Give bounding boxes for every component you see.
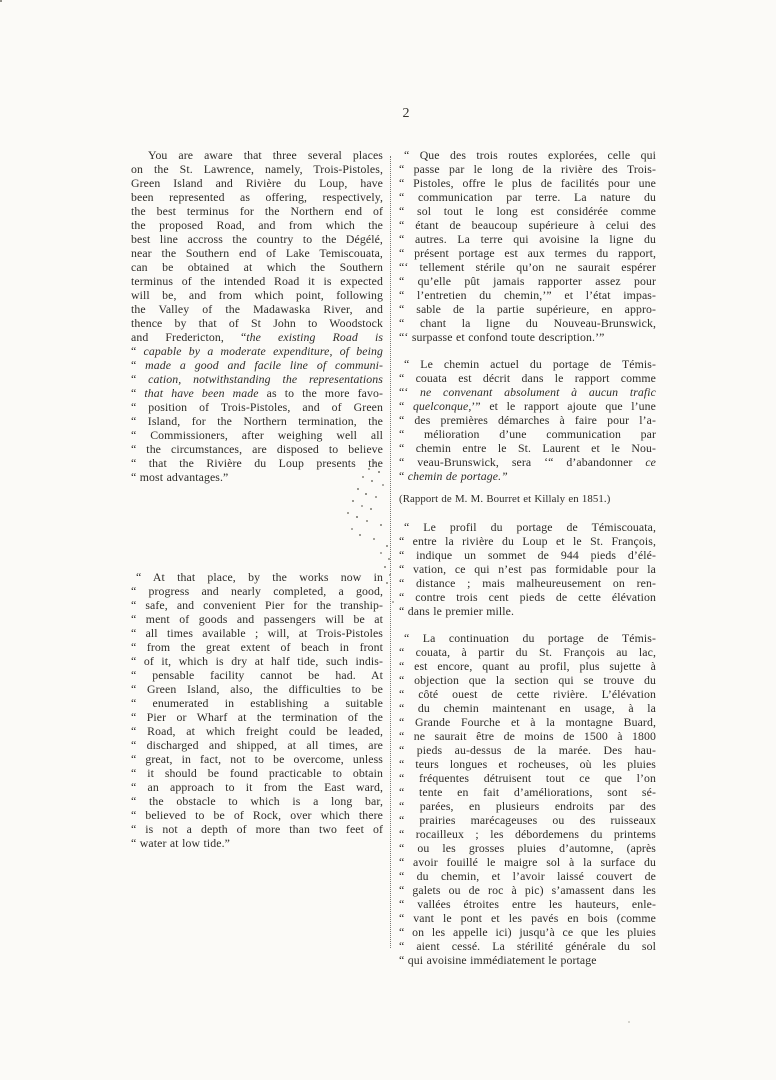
text-line: “ sol tout le long est considérée comme: [399, 204, 656, 218]
column-divider-rule: [390, 156, 391, 948]
text-line: “ pensable facility cannot be had. At: [131, 668, 383, 682]
text-line: “ capable by a moderate expenditure, of …: [131, 344, 383, 358]
text-line: “ Island, for the Northern termination, …: [131, 414, 383, 428]
text-line: best line accross the country to the Dég…: [131, 232, 383, 246]
text-line: “ the circumstances, are disposed to bel…: [131, 442, 383, 456]
text-line: “ from the great extent of beach in fron…: [131, 640, 383, 654]
text-line: You are aware that three several places: [131, 148, 383, 162]
text-line: “ fréquentes détruisent tout ce que l’on: [399, 771, 656, 785]
text-line: the Valley of the Madawaska River, and: [131, 302, 383, 316]
text-line: “ Le profil du portage de Témiscouata,: [399, 520, 656, 534]
paragraph: “ Le profil du portage de Témiscouata,“ …: [399, 520, 656, 618]
text-line: “ entre la rivière du Loup et le St. Fra…: [399, 534, 656, 548]
text-line: “ believed to be of Rock, over which the…: [131, 808, 383, 822]
text-line: “ chant la ligne du Nouveau-Brunswick,: [399, 316, 656, 330]
text-line: “ La continuation du portage de Témis-: [399, 631, 656, 645]
text-line: “ it should be found practicable to obta…: [131, 766, 383, 780]
text-line: “ aient cessé. La stérilité générale du …: [399, 939, 656, 953]
text-line: terminus of the intended Road it is expe…: [131, 274, 383, 288]
left-column-english-text: You are aware that three several placeso…: [131, 148, 383, 850]
text-line: “ ou les grosses pluies d’automne, (aprè…: [399, 841, 656, 855]
text-line: “‘ tellement stérile qu’on ne saurait es…: [399, 260, 656, 274]
text-line: thence by that of St John to Woodstock: [131, 316, 383, 330]
text-line: “ mélioration d’une communication par: [399, 427, 656, 441]
text-line: “ made a good and facile line of communi…: [131, 358, 383, 372]
text-line: “‘ ne convenant absolument à aucun trafi…: [399, 385, 656, 399]
text-line: “ parées, en plusieurs endroits par des: [399, 799, 656, 813]
text-line: “ cation, notwithstanding the representa…: [131, 372, 383, 386]
text-line: “ position of Trois-Pistoles, and of Gre…: [131, 400, 383, 414]
text-line: “ veau-Brunswick, sera ‘“ d’abandonner c…: [399, 455, 656, 469]
text-line: “ most advantages.”: [131, 470, 383, 484]
text-line: been represented as offering, respective…: [131, 190, 383, 204]
text-line: “ contre trois cent pieds de cette éléva…: [399, 590, 656, 604]
text-line: “ ne saurait être de moins de 1500 à 180…: [399, 729, 656, 743]
text-line: “ Road, at which freight could be leaded…: [131, 724, 383, 738]
text-line: “ passe par le long de la rivière des Tr…: [399, 162, 656, 176]
text-line: “ Green Island, also, the difficulties t…: [131, 682, 383, 696]
text-line: “ qu’elle pût jamais rapporter assez pou…: [399, 274, 656, 288]
text-line: “ that have been made as to the more fav…: [131, 386, 383, 400]
text-line: “ Pier or Wharf at the termination of th…: [131, 710, 383, 724]
text-line: “ progress and nearly completed, a good,: [131, 584, 383, 598]
text-line: “ Pistoles, offre le plus de facilités p…: [399, 176, 656, 190]
text-line: the proposed Road, and from which the: [131, 218, 383, 232]
text-line: “ prairies marécageuses ou des ruisseaux: [399, 813, 656, 827]
text-line: “ étant de beaucoup supérieure à celui d…: [399, 218, 656, 232]
text-line: “ communication par terre. La nature du: [399, 190, 656, 204]
text-line: “ discharged and shipped, at all times, …: [131, 738, 383, 752]
text-line: “ rocailleux ; les débordemens du printe…: [399, 827, 656, 841]
text-line: “ water at low tide.”: [131, 836, 383, 850]
right-column-french-text: “ Que des trois routes explorées, celle …: [399, 148, 656, 967]
text-line: “ objection que la section qui se trouve…: [399, 673, 656, 687]
text-line: “ Commissioners, after weighing well all: [131, 428, 383, 442]
scanned-document-page: 2 You are aware that three several place…: [0, 0, 776, 1080]
text-line: “ couata, à partir du St. François au la…: [399, 645, 656, 659]
text-line: the best terminus for the Northern end o…: [131, 204, 383, 218]
text-line: “ Que des trois routes explorées, celle …: [399, 148, 656, 162]
text-line: “ est encore, quant au profil, plus suje…: [399, 659, 656, 673]
text-line: “ sable de la partie supérieure, en appr…: [399, 302, 656, 316]
text-line: near the Southern end of Lake Temiscouat…: [131, 246, 383, 260]
text-line: “ that the Rivière du Loup presents the: [131, 456, 383, 470]
text-line: “ présent portage est aux termes du rapp…: [399, 246, 656, 260]
text-line: “ is not a depth of more than two feet o…: [131, 822, 383, 836]
text-line: “ autres. La terre qui avoisine la ligne…: [399, 232, 656, 246]
text-line: “ chemin entre le St. Laurent et le Nou-: [399, 441, 656, 455]
text-line: “ At that place, by the works now in: [131, 570, 383, 584]
text-line: “ vant le pont et les pavés en bois (com…: [399, 911, 656, 925]
text-line: “ all times available ; will, at Trois-P…: [131, 626, 383, 640]
text-line: will be, and from which point, following: [131, 288, 383, 302]
scan-speckle-artifacts: [0, 0, 2, 2]
text-line: “ qui avoisine immédiatement le portage: [399, 953, 656, 967]
text-line: “ du chemin, et l’avoir laissé couvert d…: [399, 869, 656, 883]
text-line: Green Island and Rivière du Loup, have: [131, 176, 383, 190]
paragraph: “ Que des trois routes explorées, celle …: [399, 148, 656, 344]
text-line: “ an approach to it from the East ward,: [131, 780, 383, 794]
text-line: “ quelconque,’” et le rapport ajoute que…: [399, 399, 656, 413]
footnote-citation: (Rapport de M. M. Bourret et Killaly en …: [399, 492, 656, 506]
text-line: “ distance ; mais malheureusement on ren…: [399, 576, 656, 590]
text-line: can be obtained at which the Southern: [131, 260, 383, 274]
paragraph: “ Le chemin actuel du portage de Témis-“…: [399, 357, 656, 483]
text-line: “ vallées étroites entre les hauteurs, e…: [399, 897, 656, 911]
text-line: “ galets ou de roc à pic) s’amassent dan…: [399, 883, 656, 897]
page-number: 2: [396, 106, 416, 122]
paragraph: You are aware that three several placeso…: [131, 148, 383, 484]
text-line: and Fredericton, “the existing Road is: [131, 330, 383, 344]
text-line: “ chemin de portage.”: [399, 469, 656, 483]
text-line: “ avoir fouillé le maigre sol à la surfa…: [399, 855, 656, 869]
paragraph: “ At that place, by the works now in“ pr…: [131, 570, 383, 850]
text-line: “ of it, which is dry at half tide, such…: [131, 654, 383, 668]
text-line: “ des premières démarches à faire pour l…: [399, 413, 656, 427]
text-line: on the St. Lawrence, namely, Trois-Pisto…: [131, 162, 383, 176]
text-line: “‘ surpasse et confond toute description…: [399, 330, 656, 344]
text-line: “ du chemin maintenant en usage, à la: [399, 701, 656, 715]
text-line: “ côté ouest de cette rivière. L’élévati…: [399, 687, 656, 701]
text-line: “ on les appelle ici) jusqu’à ce que les…: [399, 925, 656, 939]
text-line: “ the obstacle to which is a long bar,: [131, 794, 383, 808]
text-line: “ dans le premier mille.: [399, 604, 656, 618]
text-line: “ ment of goods and passengers will be a…: [131, 612, 383, 626]
text-line: “ indique un sommet de 944 pieds d’élé-: [399, 548, 656, 562]
text-line: “ l’entretien du chemin,’” et l’état imp…: [399, 288, 656, 302]
text-line: “ pieds au-dessus de la marée. Des hau-: [399, 743, 656, 757]
paragraph: “ La continuation du portage de Témis-“ …: [399, 631, 656, 967]
text-line: “ Grande Fourche et à la montagne Buard,: [399, 715, 656, 729]
text-line: “ vation, ce qui n’est pas formidable po…: [399, 562, 656, 576]
text-line: “ couata est décrit dans le rapport comm…: [399, 371, 656, 385]
text-line: “ enumerated in establishing a suitable: [131, 696, 383, 710]
text-line: “ teurs longues et rocheuses, où les plu…: [399, 757, 656, 771]
text-line: “ great, in fact, not to be overcome, un…: [131, 752, 383, 766]
text-line: “ Le chemin actuel du portage de Témis-: [399, 357, 656, 371]
text-line: “ safe, and convenient Pier for the tran…: [131, 598, 383, 612]
text-line: “ tente en fait d’améliorations, sont sé…: [399, 785, 656, 799]
